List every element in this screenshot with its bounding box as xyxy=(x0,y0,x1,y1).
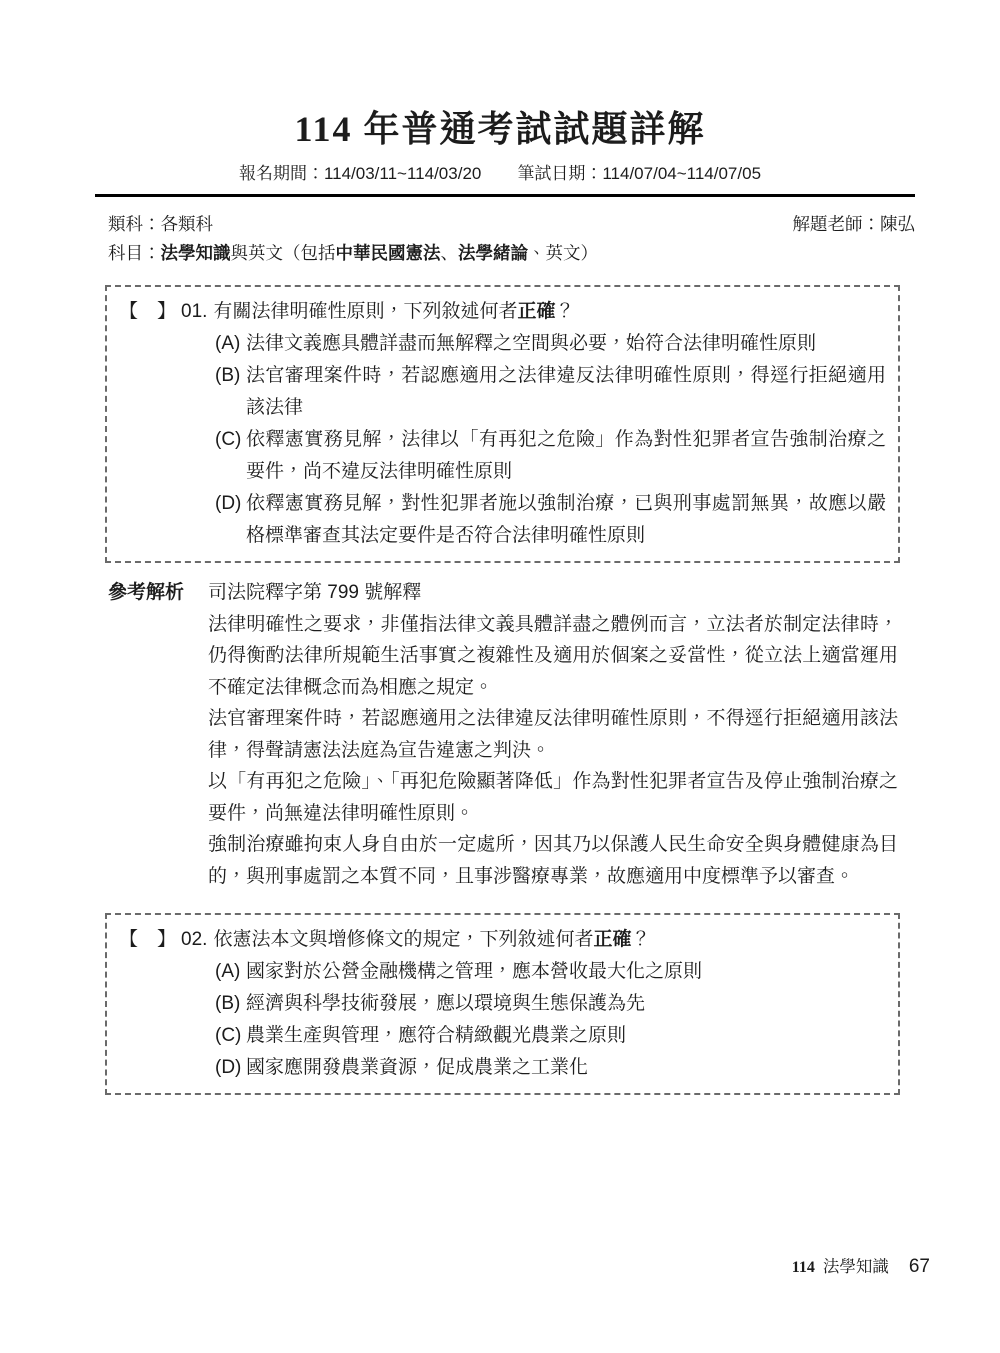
option-label: (A) xyxy=(215,328,246,360)
exam-dates-line: 報名期間：114/03/11~114/03/20 筆試日期：114/07/04~… xyxy=(0,163,1000,185)
analysis-paragraph-1: 司法院釋字第 799 號解釋 xyxy=(208,577,898,609)
analysis-label: 參考解析 xyxy=(108,577,208,892)
option-text: 法官審理案件時，若認應適用之法律違反法律明確性原則，得逕行拒絕適用該法律 xyxy=(246,360,886,424)
footer-year: 114 xyxy=(792,1259,815,1277)
option-row-d: (D) 依釋憲實務見解，對性犯罪者施以強制治療，已與刑事處罰無異，故應以嚴格標準… xyxy=(119,488,886,552)
answer-bracket: 【 】 xyxy=(119,296,176,328)
teacher-label: 解題老師：陳弘 xyxy=(793,212,916,236)
footer-subject: 法學知識 xyxy=(823,1253,889,1277)
question-01-stem-row: 【 】 01. 有關法律明確性原則，下列敘述何者正確？ xyxy=(119,296,886,328)
option-row-a: (A) 國家對於公營金融機構之管理，應本營收最大化之原則 xyxy=(119,956,886,988)
option-row-b: (B) 經濟與科學技術發展，應以環境與生態保護為先 xyxy=(119,988,886,1020)
option-label: (C) xyxy=(215,1020,246,1052)
subject-bold-law-knowledge: 法學知識 xyxy=(161,241,231,265)
subject-mid-english: 與英文（包括 xyxy=(231,241,336,265)
question-box-01: 【 】 01. 有關法律明確性原則，下列敘述何者正確？ (A) 法律文義應具體詳… xyxy=(105,285,900,563)
answer-bracket: 【 】 xyxy=(119,924,176,956)
analysis-paragraph-3: 法官審理案件時，若認應適用之法律違反法律明確性原則，不得逕行拒絕適用該法律，得聲… xyxy=(208,703,898,766)
question-stem: 有關法律明確性原則，下列敘述何者正確？ xyxy=(213,296,886,328)
footer-page-number: 67 xyxy=(909,1256,930,1278)
page-title: 114 年普通考試試題詳解 xyxy=(0,106,1000,152)
option-label: (B) xyxy=(215,360,246,424)
category-label: 類科：各類科 xyxy=(108,212,213,236)
subject-separator: 、 xyxy=(441,241,459,265)
question-stem: 依憲法本文與增修條文的規定，下列敘述何者正確？ xyxy=(213,924,886,956)
question-box-02: 【 】 02. 依憲法本文與增修條文的規定，下列敘述何者正確？ (A) 國家對於… xyxy=(105,913,900,1095)
option-row-b: (B) 法官審理案件時，若認應適用之法律違反法律明確性原則，得逕行拒絕適用該法律 xyxy=(119,360,886,424)
question-number: 01. xyxy=(181,296,207,328)
option-label: (B) xyxy=(215,988,246,1020)
category-teacher-row: 類科：各類科 解題老師：陳弘 xyxy=(108,212,915,236)
exam-solutions-page: 114 年普通考試試題詳解 報名期間：114/03/11~114/03/20 筆… xyxy=(0,106,1000,1095)
option-text: 法律文義應具體詳盡而無解釋之空間與必要，始符合法律明確性原則 xyxy=(246,328,886,360)
subject-line: 科目：法學知識與英文（包括中華民國憲法、法學緒論、英文） xyxy=(108,241,915,265)
page-footer: 114 法學知識 67 xyxy=(792,1253,930,1278)
option-text: 農業生產與管理，應符合精緻觀光農業之原則 xyxy=(246,1020,886,1052)
analysis-paragraph-4: 以「有再犯之危險」、「再犯危險顯著降低」作為對性犯罪者宣告及停止強制治療之要件，… xyxy=(208,766,898,829)
option-text: 依釋憲實務見解，法律以「有再犯之危險」作為對性犯罪者宣告強制治療之要件，尚不違反… xyxy=(246,424,886,488)
registration-period: 報名期間：114/03/11~114/03/20 xyxy=(239,163,481,185)
question-02-stem-row: 【 】 02. 依憲法本文與增修條文的規定，下列敘述何者正確？ xyxy=(119,924,886,956)
option-row-a: (A) 法律文義應具體詳盡而無解釋之空間與必要，始符合法律明確性原則 xyxy=(119,328,886,360)
option-label: (D) xyxy=(215,1052,246,1084)
option-row-c: (C) 農業生產與管理，應符合精緻觀光農業之原則 xyxy=(119,1020,886,1052)
analysis-paragraph-2: 法律明確性之要求，非僅指法律文義具體詳盡之體例而言，立法者於制定法律時，仍得衡酌… xyxy=(208,609,898,704)
stem-pre: 有關法律明確性原則，下列敘述何者 xyxy=(213,301,517,322)
stem-bold-keyword: 正確 xyxy=(593,929,631,950)
option-text: 經濟與科學技術發展，應以環境與生態保護為先 xyxy=(246,988,886,1020)
option-text: 國家對於公營金融機構之管理，應本營收最大化之原則 xyxy=(246,956,886,988)
analysis-body: 司法院釋字第 799 號解釋 法律明確性之要求，非僅指法律文義具體詳盡之體例而言… xyxy=(208,577,898,892)
option-label: (D) xyxy=(215,488,246,552)
option-row-c: (C) 依釋憲實務見解，法律以「有再犯之危險」作為對性犯罪者宣告強制治療之要件，… xyxy=(119,424,886,488)
option-text: 國家應開發農業資源，促成農業之工業化 xyxy=(246,1052,886,1084)
stem-bold-keyword: 正確 xyxy=(517,301,555,322)
subject-bold-constitution: 中華民國憲法 xyxy=(336,241,441,265)
header-divider xyxy=(95,194,915,197)
option-label: (C) xyxy=(215,424,246,488)
written-exam-date: 筆試日期：114/07/04~114/07/05 xyxy=(517,163,761,185)
stem-post: ？ xyxy=(555,301,574,322)
option-text: 依釋憲實務見解，對性犯罪者施以強制治療，已與刑事處罰無異，故應以嚴格標準審查其法… xyxy=(246,488,886,552)
subject-suffix: 、英文） xyxy=(528,241,598,265)
analysis-paragraph-5: 強制治療雖拘束人身自由於一定處所，因其乃以保護人民生命安全與身體健康為目的，與刑… xyxy=(208,829,898,892)
subject-bold-legal-intro: 法學緒論 xyxy=(458,241,528,265)
question-number: 02. xyxy=(181,924,207,956)
option-label: (A) xyxy=(215,956,246,988)
stem-pre: 依憲法本文與增修條文的規定，下列敘述何者 xyxy=(213,929,593,950)
stem-post: ？ xyxy=(631,929,650,950)
option-row-d: (D) 國家應開發農業資源，促成農業之工業化 xyxy=(119,1052,886,1084)
subject-prefix: 科目： xyxy=(108,241,161,265)
analysis-section: 參考解析 司法院釋字第 799 號解釋 法律明確性之要求，非僅指法律文義具體詳盡… xyxy=(108,577,898,892)
